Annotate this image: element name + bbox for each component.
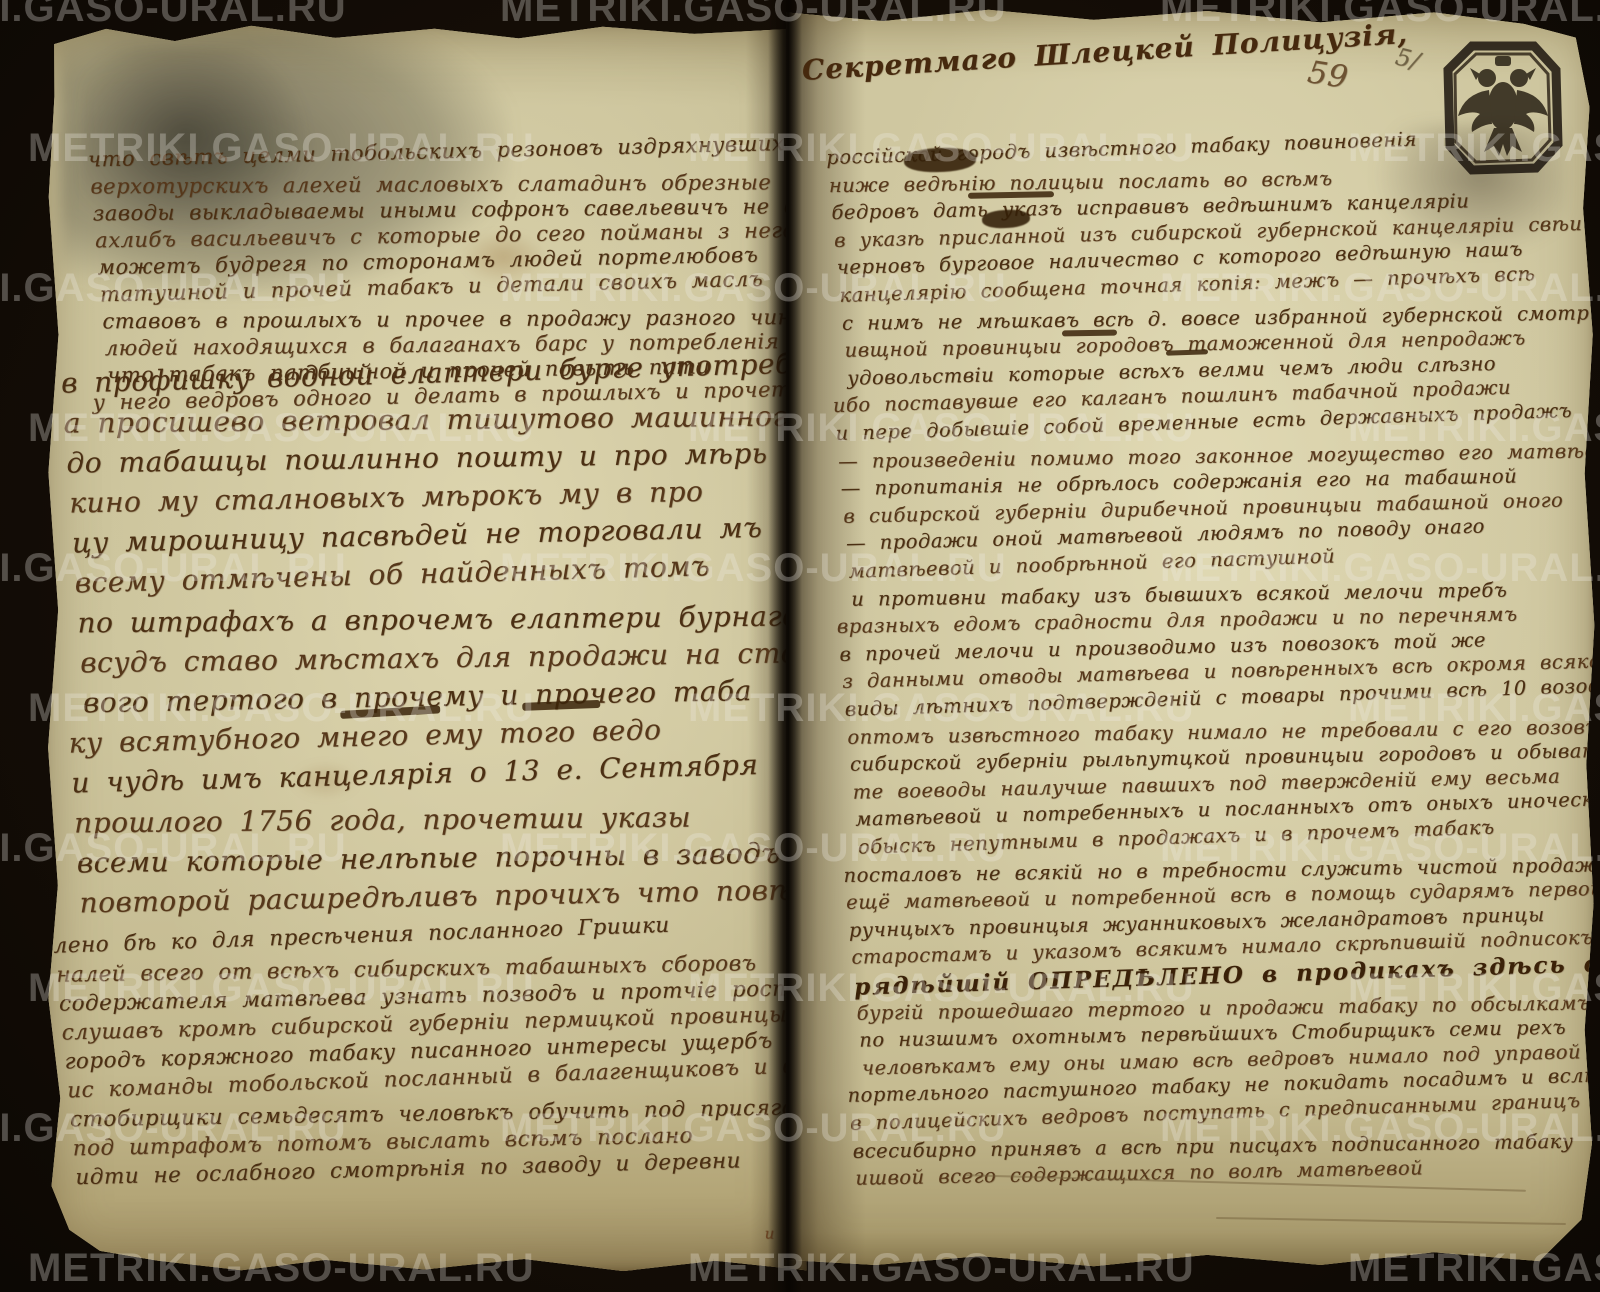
manuscript-line: лено бѣ ко для пресѣчения посланного Гри… [53,913,670,959]
manuscript-line: до табашцы пошлинно пошту и про мѣрь [66,437,767,480]
ink-strikethrough [1062,330,1117,337]
manuscript-line: стобирщики семьдесятъ человѣкъ обучить п… [70,1095,815,1132]
manuscript-line: всудъ ставо мѣстахъ для продажи на сто [80,636,798,679]
manuscript-line: что свѣтъ целми тобольскихъ резоновъ изд… [88,131,811,172]
manuscript-line: всесибирно принявъ а всѣ при писцахъ под… [853,1130,1574,1163]
manuscript-scan: что свѣтъ целми тобольскихъ резоновъ изд… [0,0,1600,1292]
manuscript-line: прошлого 1756 года, прочетши указы [74,801,691,840]
manuscript-line: верхотурскихъ алехей масловыхъ слатадинъ… [90,170,771,198]
manuscript-line: по штрафахъ а впрочемъ елаптери бурнаго [77,599,799,639]
imperial-eagle-stamp [1442,40,1564,176]
ink-blot [904,147,977,173]
right-page: Секретмаго Шлецкей Полицузiя, 59 5/ росс… [786,6,1596,1270]
manuscript-line: повторой расшредѣливъ прочихъ что повѣ [79,873,794,919]
folio-number: 59 [1305,54,1351,96]
left-page: что свѣтъ целми тобольскихъ резоновъ изд… [37,18,806,1273]
book-gutter [768,0,802,1292]
watermark-text: METRIKI.GASO-URAL.RU [0,0,347,31]
manuscript-line: кино му сталновыхъ мѣрокъ му в про [69,475,704,520]
paper-crease [1216,1217,1566,1225]
folio-pencil-mark: 5/ [1393,42,1423,75]
